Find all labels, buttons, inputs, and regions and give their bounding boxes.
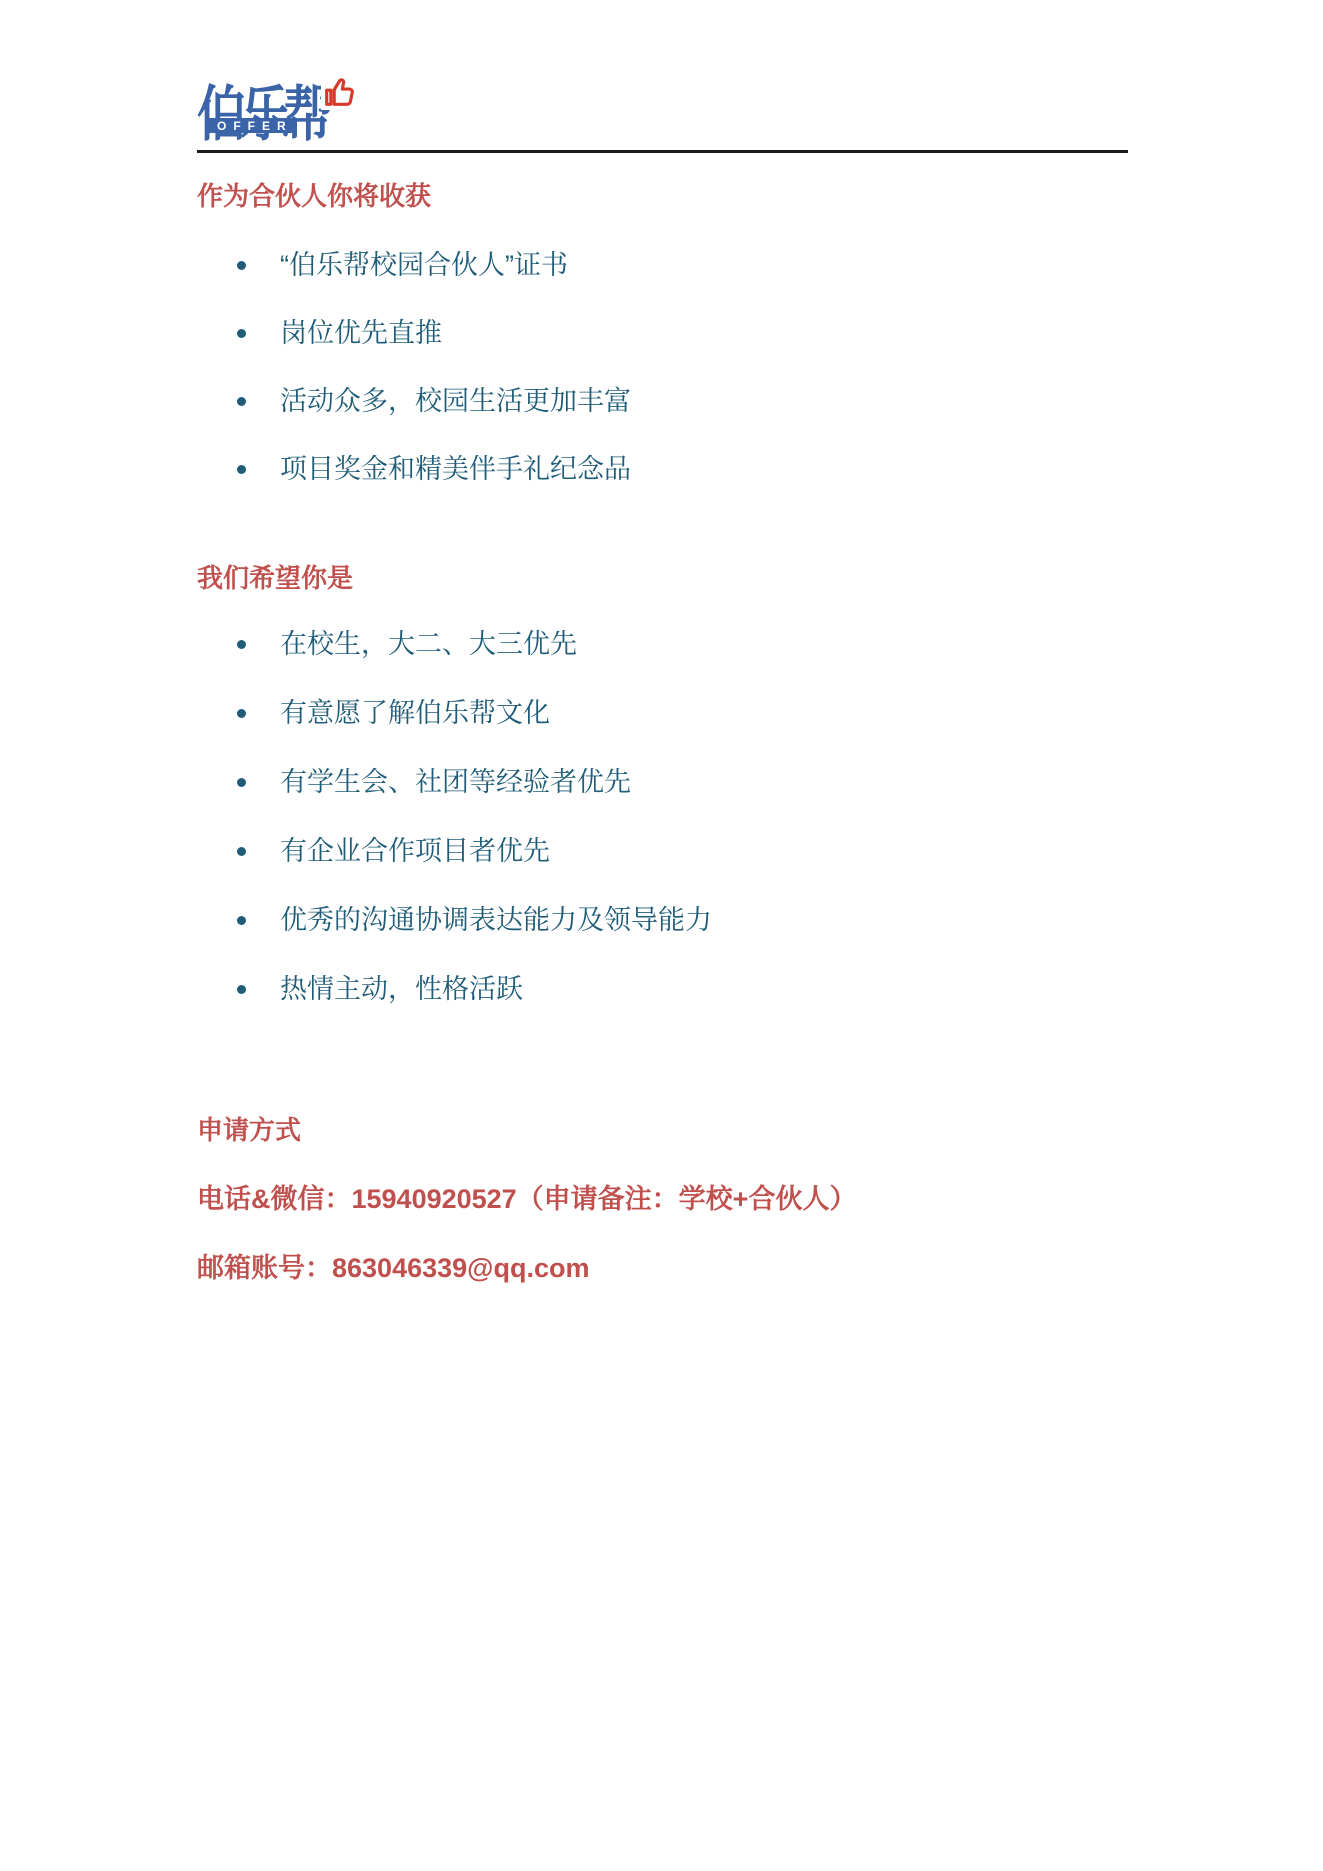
list-item-text: 岗位优先直推 (280, 318, 442, 348)
bullet-dot-icon (237, 778, 246, 787)
requirements-list: 在校生，大二、大三优先 有意愿了解伯乐帮文化 有学生会、社团等经验者优先 有企业… (237, 629, 712, 1043)
bullet-dot-icon (237, 916, 246, 925)
list-item: “伯乐帮校园合伙人”证书 (237, 250, 631, 280)
bullet-dot-icon (237, 397, 246, 406)
list-item: 岗位优先直推 (237, 318, 631, 348)
document-page: 伯乐帮 OFFER 作为合伙人你将收获 “伯乐帮校园合伙人”证书 岗位优先直推 … (0, 0, 1323, 1871)
section-heading-rewards: 作为合伙人你将收获 (197, 181, 431, 211)
bullet-dot-icon (237, 709, 246, 718)
list-item: 有企业合作项目者优先 (237, 836, 712, 866)
list-item-text: 在校生，大二、大三优先 (280, 629, 577, 659)
list-item-text: 有意愿了解伯乐帮文化 (280, 698, 550, 728)
bullet-dot-icon (237, 261, 246, 270)
bullet-dot-icon (237, 847, 246, 856)
list-item-text: 优秀的沟通协调表达能力及领导能力 (280, 905, 712, 935)
list-item-text: “伯乐帮校园合伙人”证书 (280, 250, 568, 280)
bullet-dot-icon (237, 329, 246, 338)
list-item-text: 有企业合作项目者优先 (280, 836, 550, 866)
bullet-dot-icon (237, 985, 246, 994)
list-item-text: 热情主动，性格活跃 (280, 974, 523, 1004)
thumbs-up-icon (321, 74, 357, 110)
list-item: 项目奖金和精美伴手礼纪念品 (237, 454, 631, 484)
list-item-text: 活动众多，校园生活更加丰富 (280, 386, 631, 416)
phone-wechat-line: 电话&微信：15940920527（申请备注：学校+合伙人） (197, 1183, 856, 1215)
rewards-list: “伯乐帮校园合伙人”证书 岗位优先直推 活动众多，校园生活更加丰富 项目奖金和精… (237, 250, 631, 522)
offer-bang-logo: 伯乐帮 OFFER (197, 82, 377, 154)
bullet-dot-icon (237, 640, 246, 649)
header-divider (197, 150, 1128, 153)
section-heading-requirements: 我们希望你是 (197, 563, 353, 593)
list-item: 热情主动，性格活跃 (237, 974, 712, 1004)
email-line: 邮箱账号：863046339@qq.com (197, 1252, 589, 1284)
list-item: 有意愿了解伯乐帮文化 (237, 698, 712, 728)
list-item-text: 有学生会、社团等经验者优先 (280, 767, 631, 797)
list-item: 活动众多，校园生活更加丰富 (237, 386, 631, 416)
list-item-text: 项目奖金和精美伴手礼纪念品 (280, 454, 631, 484)
list-item: 有学生会、社团等经验者优先 (237, 767, 712, 797)
logo-offer-label: OFFER (209, 118, 297, 133)
list-item: 优秀的沟通协调表达能力及领导能力 (237, 905, 712, 935)
list-item: 在校生，大二、大三优先 (237, 629, 712, 659)
bullet-dot-icon (237, 465, 246, 474)
section-heading-apply: 申请方式 (197, 1115, 301, 1145)
